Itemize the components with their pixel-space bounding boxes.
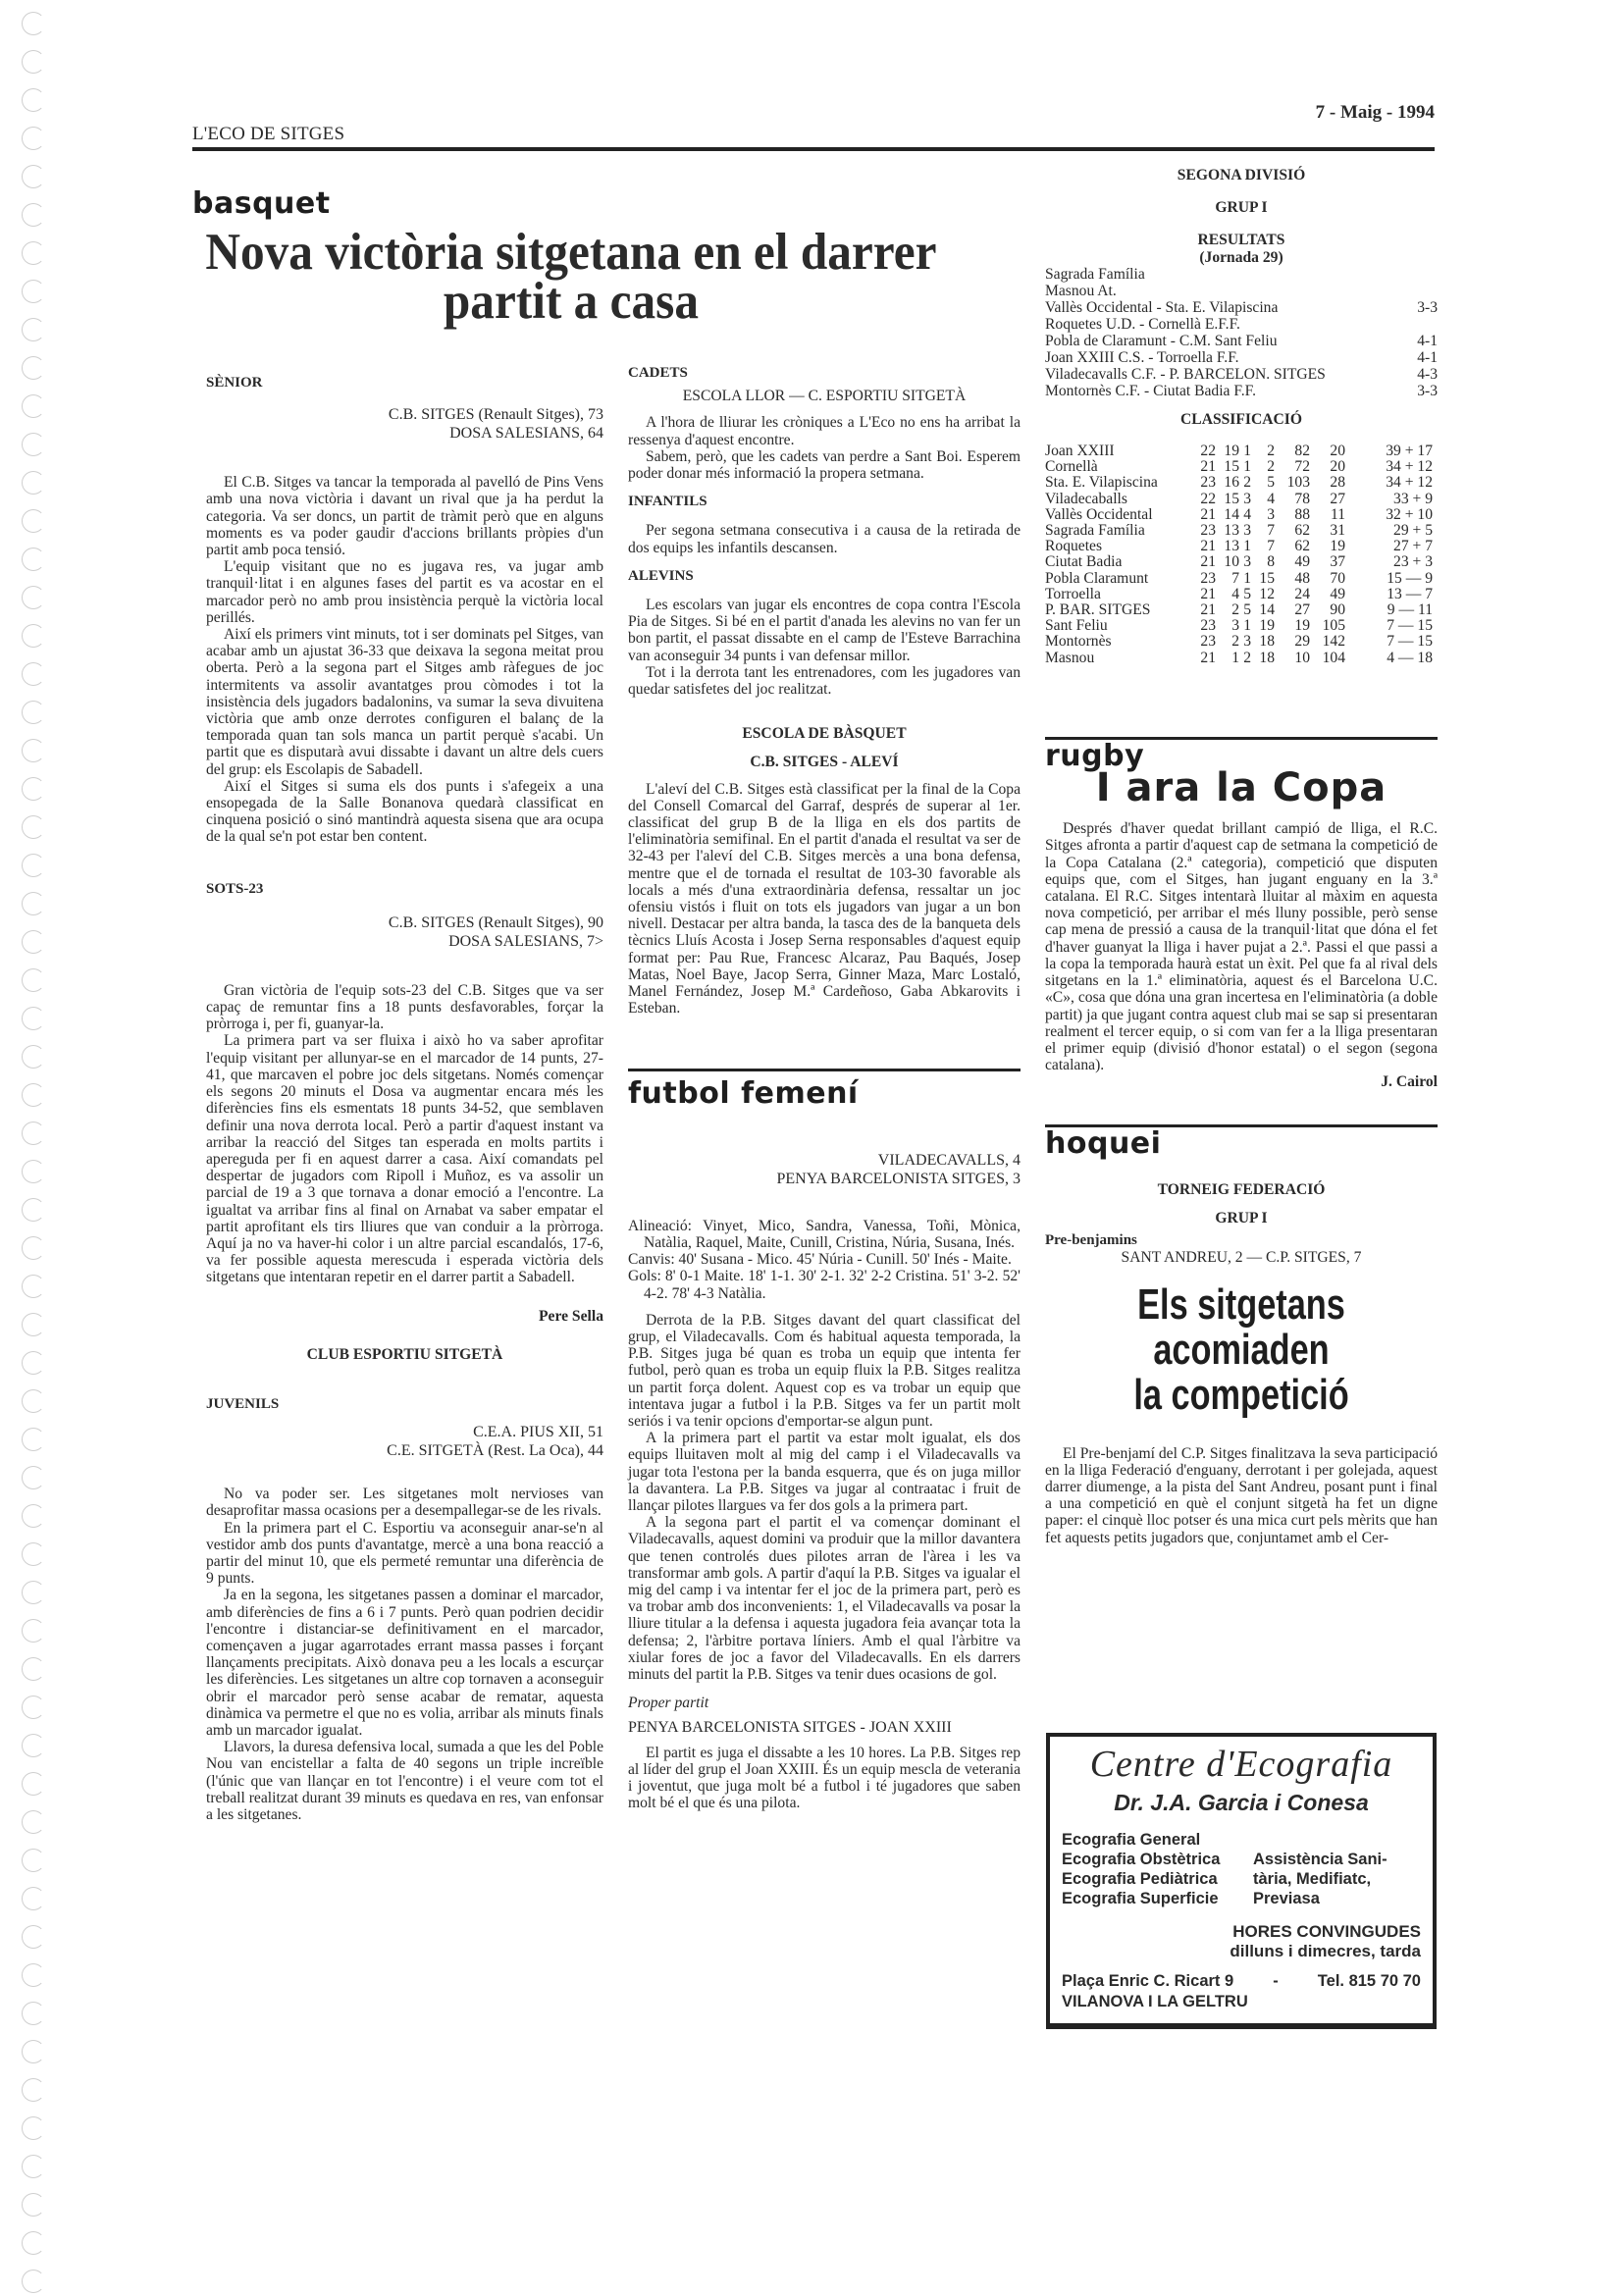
paragraph: Llavors, la duresa defensiva local, suma… — [206, 1739, 603, 1823]
result-row: Vallès Occidental - Sta. E. Vilapiscina3… — [1045, 299, 1438, 316]
subhead-juvenils: JUVENILS — [206, 1396, 603, 1413]
team-name: Sagrada Família — [1045, 523, 1192, 539]
stat-cell: 7 — [1251, 523, 1275, 539]
result-match: Roquetes U.D. - Cornellà E.F.F. — [1045, 316, 1240, 333]
binder-hole — [22, 2040, 45, 2063]
stat-cell: 13 — [1216, 539, 1239, 554]
service-item: Ecografia Obstètrica — [1062, 1850, 1253, 1869]
masthead-rule — [192, 147, 1435, 151]
stat-cell: 104 — [1310, 651, 1345, 666]
result-match: Viladecavalls C.F. - P. BARCELON. SITGES — [1045, 366, 1326, 383]
stat-cell: 7 — [1216, 571, 1239, 587]
escola-subtitle: C.B. SITGES - ALEVÍ — [628, 754, 1021, 770]
next-match: PENYA BARCELONISTA SITGES - JOAN XXIII — [628, 1719, 1021, 1736]
binder-hole — [22, 1849, 45, 1872]
stat-cell: 19 — [1216, 444, 1239, 459]
result-match: Joan XXIII C.S. - Torroella F.F. — [1045, 349, 1239, 366]
result-row: Montornès C.F. - Ciutat Badia F.F.3-3 — [1045, 383, 1438, 399]
author-signature: J. Cairol — [1045, 1073, 1438, 1090]
ad-doctor: Dr. J.A. Garcia i Conesa — [1062, 1790, 1421, 1816]
paragraph: No va poder ser. Les sitgetanes molt ner… — [206, 1486, 603, 1519]
binder-hole — [22, 1236, 45, 1260]
masthead: L'ECO DE SITGES 7 - Maig - 1994 — [192, 116, 1435, 145]
stat-cell: 21 — [1192, 507, 1216, 523]
tournament-group: GRUP I — [1045, 1210, 1438, 1226]
stat-cell: 37 — [1310, 554, 1345, 570]
result-score: 3-3 — [1417, 383, 1438, 399]
team-name: Masnou — [1045, 651, 1192, 666]
binder-hole — [22, 1734, 45, 1757]
substitutions: Canvis: 40' Susana - Mico. 45' Núria - C… — [628, 1251, 1021, 1268]
stat-cell: 23 — [1192, 523, 1216, 539]
team-name: Vallès Occidental — [1045, 507, 1192, 523]
binder-hole — [22, 1504, 45, 1528]
result-match: Sagrada Família — [1045, 266, 1145, 283]
stat-cell: 142 — [1310, 634, 1345, 650]
tournament-title: TORNEIG FEDERACIÓ — [1045, 1181, 1438, 1198]
section-basquet: basquet — [192, 186, 331, 221]
stat-cell: 2 — [1239, 651, 1251, 666]
team-name: P. BAR. SITGES — [1045, 602, 1192, 618]
binder-hole — [22, 777, 45, 801]
stat-cell: 70 — [1310, 571, 1345, 587]
result-match: Pobla de Claramunt - C.M. Sant Feliu — [1045, 333, 1278, 349]
advertisement: Centre d'Ecografia Dr. J.A. Garcia i Con… — [1046, 1733, 1437, 2029]
standings-row: Vallès Occidental211443881132 + 10 — [1045, 507, 1433, 523]
next-match-label: Proper partit — [628, 1695, 1021, 1711]
score-home: C.E.A. PIUS XII, 51 — [206, 1423, 603, 1441]
binder-hole — [22, 2155, 45, 2178]
paragraph: Després d'haver quedat brillant campió d… — [1045, 820, 1438, 1073]
stat-cell: 19 — [1310, 539, 1345, 554]
stat-cell: 9 — 11 — [1345, 602, 1433, 618]
team-name: Pobla Claramunt — [1045, 571, 1192, 587]
stat-cell: 29 + 5 — [1345, 523, 1433, 539]
stat-cell: 21 — [1192, 554, 1216, 570]
binder-hole — [22, 2193, 45, 2217]
stat-cell: 24 — [1275, 587, 1310, 602]
stat-cell: 5 — [1239, 602, 1251, 618]
result-score: 4-3 — [1417, 366, 1438, 383]
stat-cell: 88 — [1275, 507, 1310, 523]
binder-hole — [22, 356, 45, 380]
binder-hole — [22, 1466, 45, 1489]
standings-row: Masnou211218101044 — 18 — [1045, 651, 1433, 666]
stat-cell: 15 — [1251, 571, 1275, 587]
paragraph: El Pre-benjamí del C.P. Sitges finalitza… — [1045, 1445, 1438, 1546]
stat-cell: 5 — [1239, 587, 1251, 602]
juvenils-body: No va poder ser. Les sitgetanes molt ner… — [206, 1486, 603, 1823]
headline-hoquei: Els sitgetans acomiaden la competició — [1088, 1282, 1394, 1418]
binder-hole — [22, 318, 45, 341]
column-1: SÈNIOR C.B. SITGES (Renault Sitges), 73 … — [206, 375, 603, 1823]
binder-hole — [22, 2002, 45, 2025]
stat-cell: 29 — [1275, 634, 1310, 650]
stat-cell: 7 — [1251, 539, 1275, 554]
headline-rugby: I ara la Copa — [1045, 780, 1438, 797]
stat-cell: 1 — [1216, 651, 1239, 666]
binder-hole — [22, 1619, 45, 1643]
stat-cell: 2 — [1251, 459, 1275, 475]
result-match: Vallès Occidental - Sta. E. Vilapiscina — [1045, 299, 1278, 316]
service-item: Ecografia General — [1062, 1830, 1253, 1850]
phone: Tel. 815 70 70 — [1318, 1971, 1421, 1992]
stat-cell: 62 — [1275, 523, 1310, 539]
result-match: Masnou At. — [1045, 283, 1117, 299]
binder-hole — [22, 1045, 45, 1069]
binder-hole — [22, 701, 45, 724]
score-away: DOSA SALESIANS, 64 — [206, 424, 603, 443]
standings-row: Roquetes211317621927 + 7 — [1045, 539, 1433, 554]
team-name: Torroella — [1045, 587, 1192, 602]
stat-cell: 21 — [1192, 539, 1216, 554]
paragraph: Ja en la segona, les sitgetanes passen a… — [206, 1587, 603, 1739]
binder-hole — [22, 815, 45, 839]
stat-cell: 23 — [1192, 618, 1216, 634]
paragraph: Així els primers vint minuts, tot i ser … — [206, 626, 603, 778]
publication-name: L'ECO DE SITGES — [192, 124, 344, 145]
address: Plaça Enric C. Ricart 9 — [1062, 1971, 1233, 1992]
stat-cell: 27 — [1310, 492, 1345, 507]
stat-cell: 21 — [1192, 459, 1216, 475]
binder-hole — [22, 88, 45, 112]
standings-row: Joan XXIII221912822039 + 17 — [1045, 444, 1433, 459]
binder-hole — [22, 1696, 45, 1719]
stat-cell: 12 — [1251, 587, 1275, 602]
binder-hole — [22, 930, 45, 954]
score-home: C.B. SITGES (Renault Sitges), 90 — [206, 913, 603, 932]
stat-cell: 2 — [1216, 602, 1239, 618]
stat-cell: 2 — [1251, 444, 1275, 459]
binder-hole — [22, 548, 45, 571]
paragraph: Tot i la derrota tant les entrenadores, … — [628, 664, 1021, 698]
paragraph: El C.B. Sitges va tancar la temporada al… — [206, 474, 603, 558]
paragraph: A la segona part el partit el va comença… — [628, 1514, 1021, 1683]
binder-hole — [22, 739, 45, 762]
headline-line-1: Els sitgetans acomiaden — [1088, 1282, 1394, 1373]
stat-cell: 1 — [1239, 444, 1251, 459]
standings-row: Torroella214512244913 — 7 — [1045, 587, 1433, 602]
binder-hole — [22, 127, 45, 150]
binder-hole — [22, 1428, 45, 1451]
binder-hole — [22, 1657, 45, 1681]
subhead-senior: SÈNIOR — [206, 375, 603, 391]
binder-hole — [22, 968, 45, 992]
stat-cell: 3 — [1239, 523, 1251, 539]
score-home: VILADECAVALLS, 4 — [628, 1151, 1021, 1170]
hoquei-result: SANT ANDREU, 2 — C.P. SITGES, 7 — [1045, 1249, 1438, 1266]
stat-cell: 18 — [1251, 634, 1275, 650]
stat-cell: 34 + 12 — [1345, 475, 1433, 491]
score-away: PENYA BARCELONISTA SITGES, 3 — [628, 1170, 1021, 1188]
stat-cell: 48 — [1275, 571, 1310, 587]
stat-cell: 22 — [1192, 492, 1216, 507]
headline-line-2: la competició — [1088, 1373, 1394, 1418]
binder-hole — [22, 1542, 45, 1566]
stat-cell: 4 — [1216, 587, 1239, 602]
section-hoquei: hoquei — [1045, 1135, 1438, 1152]
paragraph: L'aleví del C.B. Sitges està classificat… — [628, 781, 1021, 1018]
ad-title: Centre d'Ecografia — [1062, 1743, 1421, 1786]
team-name: Ciutat Badia — [1045, 554, 1192, 570]
insurance-line: Previasa — [1253, 1889, 1387, 1908]
stat-cell: 4 — 18 — [1345, 651, 1433, 666]
stat-cell: 11 — [1310, 507, 1345, 523]
standings-row: Pobla Claramunt237115487015 — 9 — [1045, 571, 1433, 587]
binder-hole — [22, 280, 45, 303]
stat-cell: 23 + 3 — [1345, 554, 1433, 570]
stat-cell: 18 — [1251, 651, 1275, 666]
subhead-sots23: SOTS-23 — [206, 881, 603, 898]
binder-hole — [22, 1160, 45, 1183]
result-match: Montornès C.F. - Ciutat Badia F.F. — [1045, 383, 1256, 399]
standings-row: Sagrada Família231337623129 + 5 — [1045, 523, 1433, 539]
hours-title: HORES CONVINGUDES — [1062, 1922, 1421, 1942]
stat-cell: 7 — 15 — [1345, 634, 1433, 650]
paragraph: Així el Sitges si suma els dos punts i s… — [206, 778, 603, 846]
jornada: (Jornada 29) — [1045, 249, 1438, 266]
headline-line-1: Nova victòria sitgetana en el darrer — [192, 228, 950, 277]
hours-text: dilluns i dimecres, tarda — [1062, 1942, 1421, 1961]
stat-cell: 39 + 17 — [1345, 444, 1433, 459]
division-title: SEGONA DIVISIÓ — [1045, 167, 1438, 183]
senior-body: El C.B. Sitges va tancar la temporada al… — [206, 474, 603, 845]
cadets-match: ESCOLA LLOR — C. ESPORTIU SITGETÀ — [628, 388, 1021, 404]
paragraph: Derrota de la P.B. Sitges davant del qua… — [628, 1312, 1021, 1430]
result-score: 4-1 — [1417, 349, 1438, 366]
paragraph: Sabem, però, que les cadets van perdre a… — [628, 448, 1021, 482]
standings-row: P. BAR. SITGES21251427909 — 11 — [1045, 602, 1433, 618]
stat-cell: 32 + 10 — [1345, 507, 1433, 523]
subhead-alevins: ALEVINS — [628, 568, 1021, 585]
stat-cell: 3 — [1216, 618, 1239, 634]
team-name: Montornès — [1045, 634, 1192, 650]
stat-cell: 2 — [1239, 475, 1251, 491]
binder-hole — [22, 1810, 45, 1834]
stat-cell: 13 — [1216, 523, 1239, 539]
stat-cell: 3 — [1251, 507, 1275, 523]
result-row: Viladecavalls C.F. - P. BARCELON. SITGES… — [1045, 366, 1438, 383]
standings-title: CLASSIFICACIÓ — [1045, 411, 1438, 428]
team-name: Viladecaballs — [1045, 492, 1192, 507]
binder-hole — [22, 165, 45, 188]
binder-hole — [22, 394, 45, 418]
stat-cell: 15 — [1216, 459, 1239, 475]
stat-cell: 14 — [1216, 507, 1239, 523]
binder-hole — [22, 892, 45, 915]
headline-line-2: partit a casa — [192, 277, 950, 326]
binder-hole — [22, 50, 45, 74]
stat-cell: 21 — [1192, 587, 1216, 602]
issue-date: 7 - Maig - 1994 — [1316, 102, 1435, 124]
ad-address: Plaça Enric C. Ricart 9-Tel. 815 70 70 V… — [1062, 1971, 1421, 2012]
binder-hole — [22, 509, 45, 533]
binder-hole — [22, 1963, 45, 1987]
subhead-infantils: INFANTILS — [628, 494, 1021, 510]
section-futbol-femeni: futbol femení — [628, 1085, 1021, 1102]
team-name: Cornellà — [1045, 459, 1192, 475]
result-row: Roquetes U.D. - Cornellà E.F.F. — [1045, 316, 1438, 333]
binder-hole — [22, 1351, 45, 1375]
binder-hole — [22, 2270, 45, 2293]
results-title: RESULTATS — [1045, 232, 1438, 248]
stat-cell: 103 — [1275, 475, 1310, 491]
stat-cell: 23 — [1192, 475, 1216, 491]
stat-cell: 78 — [1275, 492, 1310, 507]
binder-hole — [22, 1925, 45, 1949]
stat-cell: 14 — [1251, 602, 1275, 618]
binder-hole — [22, 1313, 45, 1336]
stat-cell: 5 — [1251, 475, 1275, 491]
stat-cell: 3 — [1239, 554, 1251, 570]
paragraph: L'equip visitant que no es jugava res, v… — [206, 558, 603, 626]
lineup: Alineació: Vinyet, Mico, Sandra, Vanessa… — [628, 1218, 1021, 1251]
binder-hole — [22, 854, 45, 877]
stat-cell: 16 — [1216, 475, 1239, 491]
stat-cell: 49 — [1310, 587, 1345, 602]
stat-cell: 2 — [1216, 634, 1239, 650]
stat-cell: 10 — [1275, 651, 1310, 666]
stat-cell: 7 — 15 — [1345, 618, 1433, 634]
division-group: GRUP I — [1045, 199, 1438, 216]
stat-cell: 20 — [1310, 444, 1345, 459]
stat-cell: 27 — [1275, 602, 1310, 618]
sots23-body: Gran victòria de l'equip sots-23 del C.B… — [206, 982, 603, 1286]
stat-cell: 15 — [1216, 492, 1239, 507]
binder-hole — [22, 2116, 45, 2140]
stat-cell: 27 + 7 — [1345, 539, 1433, 554]
paragraph: Les escolars van jugar els encontres de … — [628, 597, 1021, 664]
results-list: Sagrada FamíliaMasnou At.Vallès Occident… — [1045, 266, 1438, 399]
stat-cell: 22 — [1192, 444, 1216, 459]
result-row: Masnou At. — [1045, 283, 1438, 299]
stat-cell: 28 — [1310, 475, 1345, 491]
team-name: Sant Feliu — [1045, 618, 1192, 634]
binder-hole — [22, 241, 45, 265]
paragraph: En la primera part el C. Esportiu va aco… — [206, 1520, 603, 1588]
binder-hole — [22, 624, 45, 648]
score-home: C.B. SITGES (Renault Sitges), 73 — [206, 405, 603, 424]
stat-cell: 10 — [1216, 554, 1239, 570]
standings-row: Montornès232318291427 — 15 — [1045, 634, 1433, 650]
paragraph: A l'hora de lliurar les cròniques a L'Ec… — [628, 414, 1021, 447]
standings-table: Joan XXIII221912822039 + 17Cornellà21151… — [1045, 444, 1433, 666]
standings-row: Sant Feliu233119191057 — 15 — [1045, 618, 1433, 634]
city: VILANOVA I LA GELTRU — [1062, 1992, 1421, 2012]
stat-cell: 31 — [1310, 523, 1345, 539]
goals: Gols: 8' 0-1 Maite. 18' 1-1. 30' 2-1. 32… — [628, 1268, 1021, 1301]
binder-hole — [22, 662, 45, 686]
binder-hole — [22, 471, 45, 495]
stat-cell: 82 — [1275, 444, 1310, 459]
result-row: Sagrada Família — [1045, 266, 1438, 283]
service-item: Ecografia Superficie — [1062, 1889, 1253, 1908]
stat-cell: 4 — [1239, 507, 1251, 523]
stat-cell: 4 — [1251, 492, 1275, 507]
standings-row: Cornellà211512722034 + 12 — [1045, 459, 1433, 475]
stat-cell: 72 — [1275, 459, 1310, 475]
insurance-line: tària, Medifiatc, — [1253, 1869, 1387, 1889]
binder-hole — [22, 1772, 45, 1796]
binder-hole — [22, 12, 45, 35]
paragraph: Gran victòria de l'equip sots-23 del C.B… — [206, 982, 603, 1033]
stat-cell: 105 — [1310, 618, 1345, 634]
standings-row: Ciutat Badia211038493723 + 3 — [1045, 554, 1433, 570]
stat-cell: 1 — [1239, 539, 1251, 554]
match-details: Alineació: Vinyet, Mico, Sandra, Vanessa… — [628, 1218, 1021, 1302]
column-3: SEGONA DIVISIÓ GRUP I RESULTATS (Jornada… — [1045, 167, 1438, 1546]
result-row: Pobla de Claramunt - C.M. Sant Feliu4-1 — [1045, 333, 1438, 349]
paragraph: A la primera part el partit va estar mol… — [628, 1430, 1021, 1514]
result-score: 4-1 — [1417, 333, 1438, 349]
stat-cell: 1 — [1239, 571, 1251, 587]
stat-cell: 49 — [1275, 554, 1310, 570]
paragraph: La primera part va ser fluixa i això ho … — [206, 1032, 603, 1285]
binder-hole — [22, 1275, 45, 1298]
stat-cell: 3 — [1239, 634, 1251, 650]
stat-cell: 1 — [1239, 459, 1251, 475]
binder-hole — [22, 2231, 45, 2255]
headline-basquet: Nova victòria sitgetana en el darrer par… — [192, 228, 950, 326]
stat-cell: 23 — [1192, 571, 1216, 587]
stat-cell: 90 — [1310, 602, 1345, 618]
stat-cell: 8 — [1251, 554, 1275, 570]
stat-cell: 15 — 9 — [1345, 571, 1433, 587]
binder-hole — [22, 1198, 45, 1222]
stat-cell: 21 — [1192, 651, 1216, 666]
stat-cell: 34 + 12 — [1345, 459, 1433, 475]
escola-title: ESCOLA DE BÀSQUET — [628, 725, 1021, 742]
stat-cell: 1 — [1239, 618, 1251, 634]
team-name: Sta. E. Vilapiscina — [1045, 475, 1192, 491]
binder-hole — [22, 1389, 45, 1413]
binder-hole — [22, 1122, 45, 1145]
section-rugby: rugby — [1045, 748, 1438, 764]
binder-holes — [0, 0, 59, 2296]
paragraph: Per segona setmana consecutiva i a causa… — [628, 522, 1021, 555]
stat-cell: 3 — [1239, 492, 1251, 507]
binder-hole — [22, 2078, 45, 2102]
binder-hole — [22, 1581, 45, 1604]
column-2: CADETS ESCOLA LLOR — C. ESPORTIU SITGETÀ… — [628, 365, 1021, 1811]
stat-cell: 20 — [1310, 459, 1345, 475]
stat-cell: 13 — 7 — [1345, 587, 1433, 602]
stat-cell: 23 — [1192, 634, 1216, 650]
category-label: Pre-benjamins — [1045, 1232, 1438, 1249]
ad-services: Ecografia General Ecografia Obstètrica E… — [1062, 1830, 1421, 1908]
score-away: C.E. SITGETÀ (Rest. La Oca), 44 — [206, 1441, 603, 1460]
standings-row: Sta. E. Vilapiscina2316251032834 + 12 — [1045, 475, 1433, 491]
binder-hole — [22, 1887, 45, 1910]
ad-hours: HORES CONVINGUDES dilluns i dimecres, ta… — [1062, 1922, 1421, 1961]
stat-cell: 62 — [1275, 539, 1310, 554]
club-title: CLUB ESPORTIU SITGETÀ — [206, 1346, 603, 1363]
binder-hole — [22, 203, 45, 227]
stat-cell: 33 + 9 — [1345, 492, 1433, 507]
stat-cell: 19 — [1251, 618, 1275, 634]
result-row: Joan XXIII C.S. - Torroella F.F.4-1 — [1045, 349, 1438, 366]
team-name: Joan XXIII — [1045, 444, 1192, 459]
subhead-cadets: CADETS — [628, 365, 1021, 382]
stat-cell: 19 — [1275, 618, 1310, 634]
result-score: 3-3 — [1417, 299, 1438, 316]
insurance-line: Assistència Sani- — [1253, 1850, 1387, 1869]
paragraph: El partit es juga el dissabte a les 10 h… — [628, 1745, 1021, 1812]
author-signature: Pere Sella — [206, 1308, 603, 1325]
binder-hole — [22, 433, 45, 456]
stat-cell: 21 — [1192, 602, 1216, 618]
team-name: Roquetes — [1045, 539, 1192, 554]
